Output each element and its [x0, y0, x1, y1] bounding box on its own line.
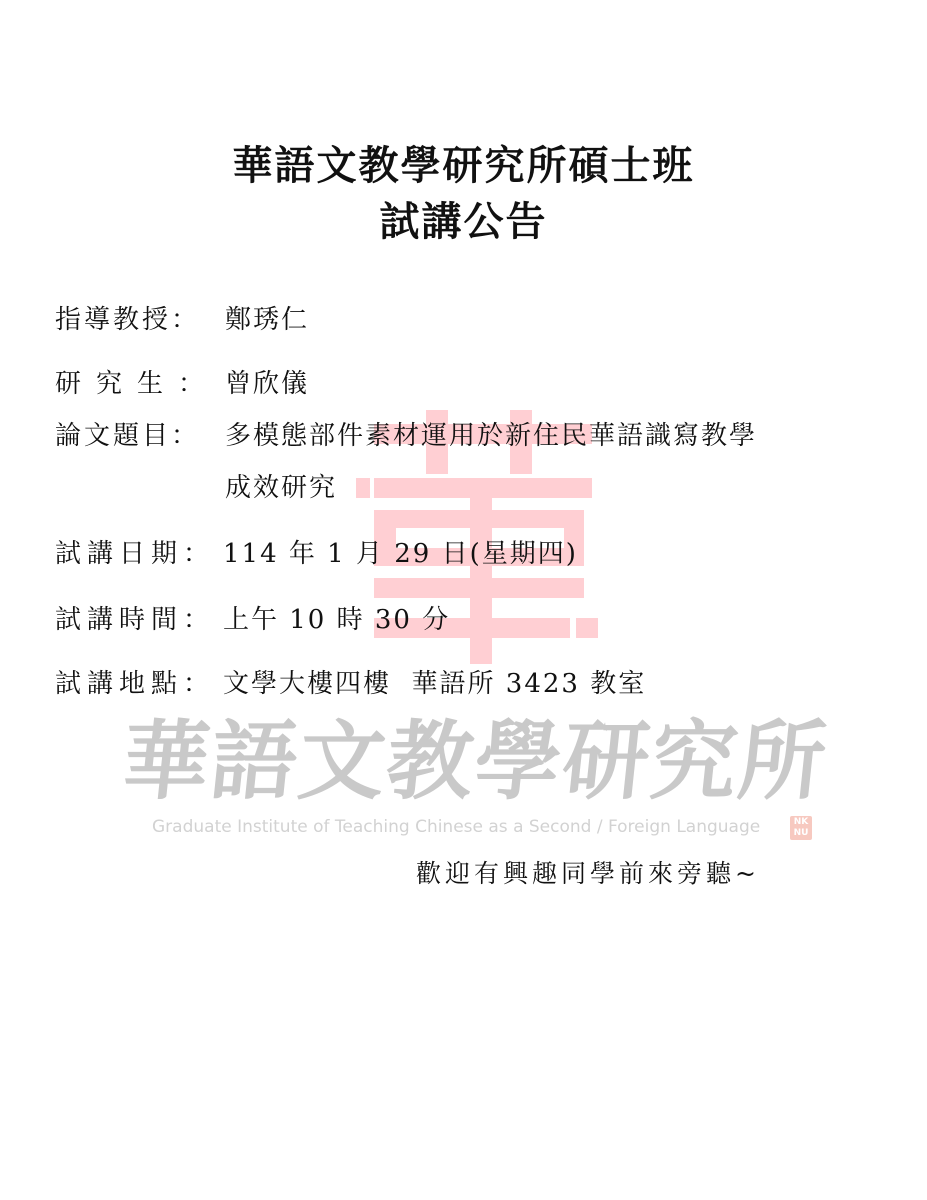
time-value: 上午 10 時 30 分 [223, 602, 450, 638]
place-label: 試講地點： [55, 666, 223, 702]
thesis-title-line-2: 成效研究 [225, 470, 337, 506]
date-row: 試講日期：114 年 1 月 29 日(星期四) [55, 536, 578, 572]
announcement-page: 華語文教學研究所 Graduate Institute of Teaching … [0, 0, 927, 1200]
announcement-content: 華語文教學研究所碩士班 試講公告 指導教授：鄭琇仁 研究生：曾欣儀 論文題目：多… [0, 0, 927, 1200]
time-row: 試講時間：上午 10 時 30 分 [55, 602, 450, 638]
place-row: 試講地點：文學大樓四樓 華語所 3423 教室 [55, 666, 646, 702]
thesis-row: 論文題目：多模態部件素材運用於新住民華語識寫教學 成效研究 [55, 418, 757, 454]
thesis-title-line-1: 多模態部件素材運用於新住民華語識寫教學 [225, 418, 757, 454]
student-value: 曾欣儀 [225, 366, 309, 402]
announcement-title: 試講公告 [0, 196, 927, 248]
time-label: 試講時間： [55, 602, 223, 638]
advisor-value: 鄭琇仁 [225, 302, 309, 338]
advisor-label: 指導教授： [55, 302, 225, 338]
program-title: 華語文教學研究所碩士班 [0, 140, 927, 192]
student-row: 研究生：曾欣儀 [55, 366, 309, 402]
place-value: 文學大樓四樓 華語所 3423 教室 [223, 666, 646, 702]
date-value: 114 年 1 月 29 日(星期四) [223, 536, 578, 572]
student-label: 研究生： [55, 366, 225, 402]
date-label: 試講日期： [55, 536, 223, 572]
advisor-row: 指導教授：鄭琇仁 [55, 302, 309, 338]
welcome-message: 歡迎有興趣同學前來旁聽~ [416, 856, 760, 892]
thesis-label: 論文題目： [55, 418, 225, 454]
